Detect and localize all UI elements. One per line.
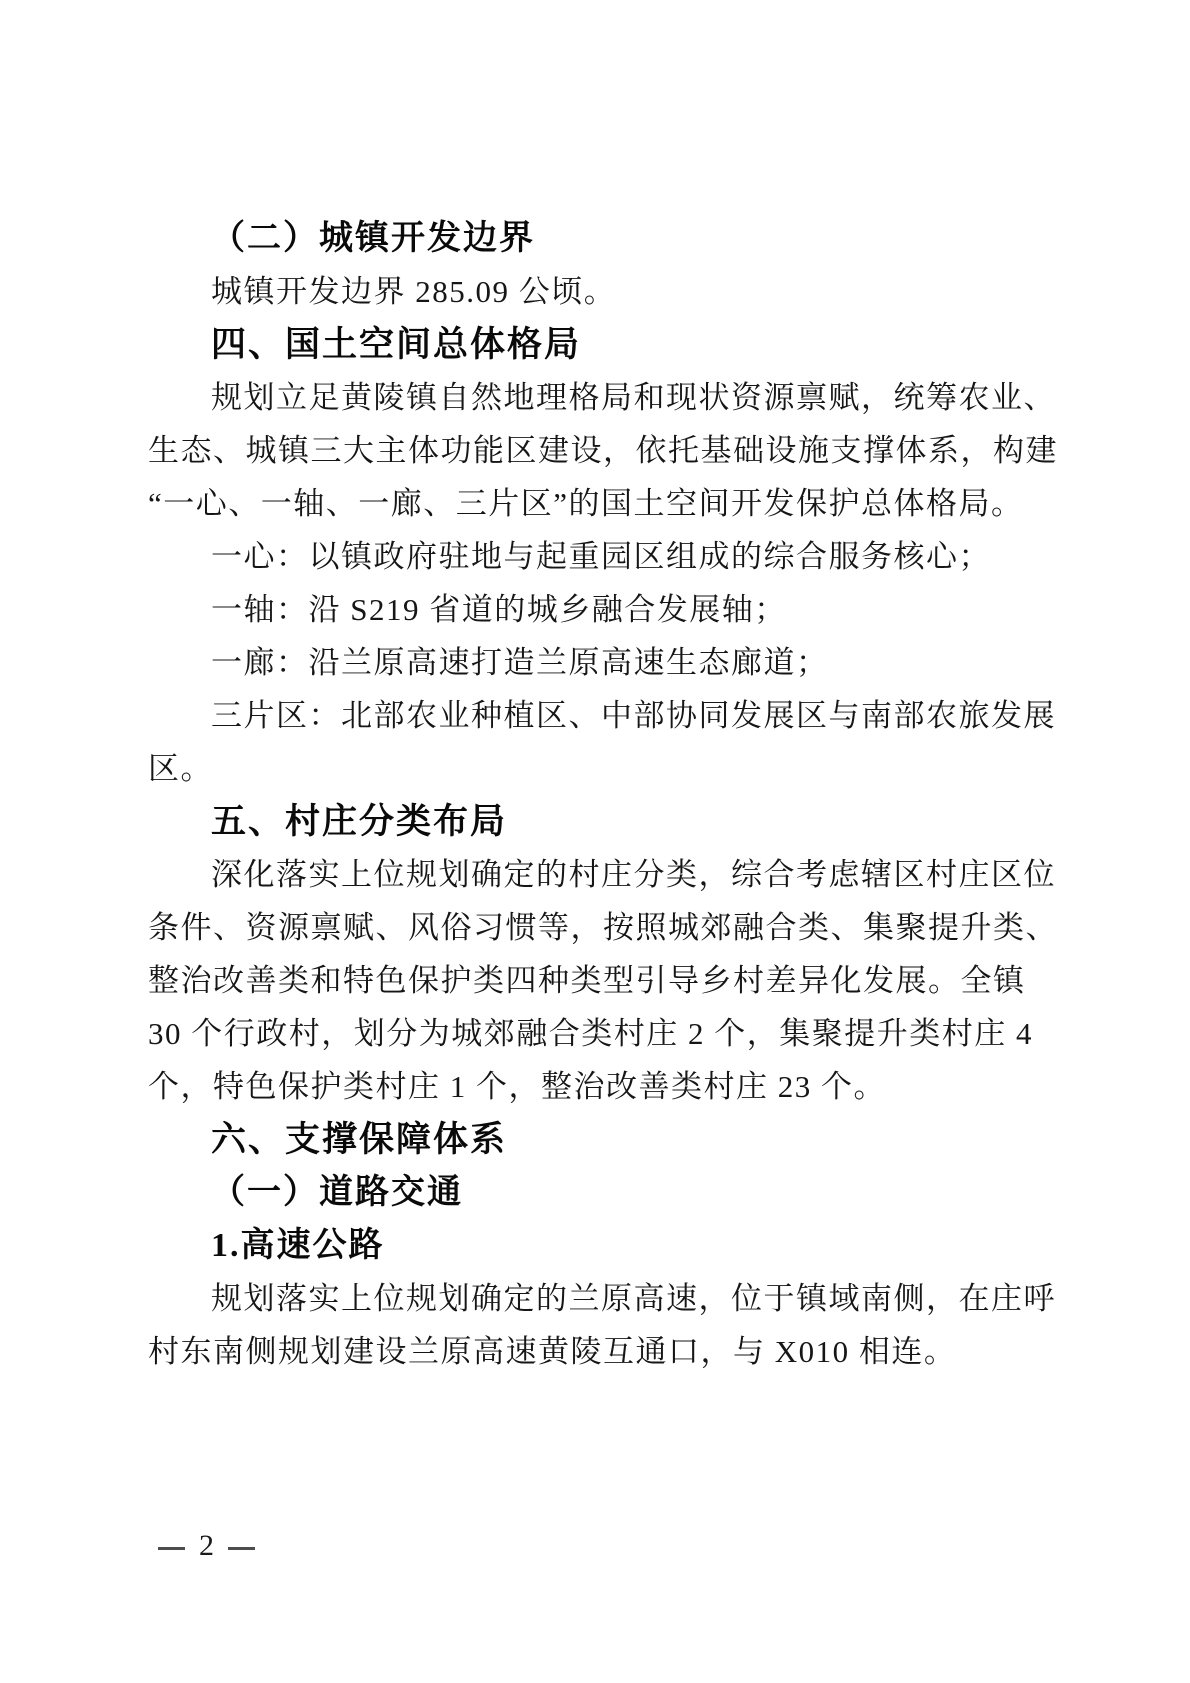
section-heading-territorial-spatial-pattern: 四、国土空间总体格局 bbox=[148, 318, 1053, 371]
subsection-heading-road-traffic: （一）道路交通 bbox=[148, 1166, 1053, 1219]
body-line: 30 个行政村，划分为城郊融合类村庄 2 个，集聚提升类村庄 4 bbox=[148, 1007, 1053, 1060]
document-body: （二）城镇开发边界 城镇开发边界 285.09 公顷。 四、国土空间总体格局 规… bbox=[148, 212, 1053, 1378]
body-line: “一心、一轴、一廊、三片区”的国土空间开发保护总体格局。 bbox=[148, 477, 1053, 530]
document-page: （二）城镇开发边界 城镇开发边界 285.09 公顷。 四、国土空间总体格局 规… bbox=[0, 0, 1190, 1683]
subsection-heading-urban-development-boundary: （二）城镇开发边界 bbox=[148, 212, 1053, 265]
body-line: 规划落实上位规划确定的兰原高速，位于镇域南侧，在庄呼 bbox=[148, 1272, 1053, 1325]
footer-dash-right-icon bbox=[228, 1547, 255, 1550]
page-footer: 2 bbox=[158, 1528, 255, 1568]
section-heading-support-system: 六、支撑保障体系 bbox=[148, 1113, 1053, 1166]
body-line: 个，特色保护类村庄 1 个，整治改善类村庄 23 个。 bbox=[148, 1060, 1053, 1113]
body-line: 一心：以镇政府驻地与起重园区组成的综合服务核心； bbox=[148, 530, 1053, 583]
body-line: 区。 bbox=[148, 742, 1053, 795]
body-line: 一廊：沿兰原高速打造兰原高速生态廊道； bbox=[148, 636, 1053, 689]
body-line: 村东南侧规划建设兰原高速黄陵互通口，与 X010 相连。 bbox=[148, 1325, 1053, 1378]
page-number: 2 bbox=[199, 1526, 214, 1566]
subsubsection-heading-expressway: 1.高速公路 bbox=[148, 1219, 1053, 1272]
body-line: 城镇开发边界 285.09 公顷。 bbox=[148, 265, 1053, 318]
body-line: 一轴：沿 S219 省道的城乡融合发展轴； bbox=[148, 583, 1053, 636]
body-line: 三片区：北部农业种植区、中部协同发展区与南部农旅发展 bbox=[148, 689, 1053, 742]
body-line: 整治改善类和特色保护类四种类型引导乡村差异化发展。全镇 bbox=[148, 954, 1053, 1007]
body-line: 生态、城镇三大主体功能区建设，依托基础设施支撑体系，构建 bbox=[148, 424, 1053, 477]
body-line: 条件、资源禀赋、风俗习惯等，按照城郊融合类、集聚提升类、 bbox=[148, 901, 1053, 954]
body-line: 深化落实上位规划确定的村庄分类，综合考虑辖区村庄区位 bbox=[148, 848, 1053, 901]
body-line: 规划立足黄陵镇自然地理格局和现状资源禀赋，统筹农业、 bbox=[148, 371, 1053, 424]
footer-dash-left-icon bbox=[158, 1547, 185, 1550]
section-heading-village-classification: 五、村庄分类布局 bbox=[148, 795, 1053, 848]
